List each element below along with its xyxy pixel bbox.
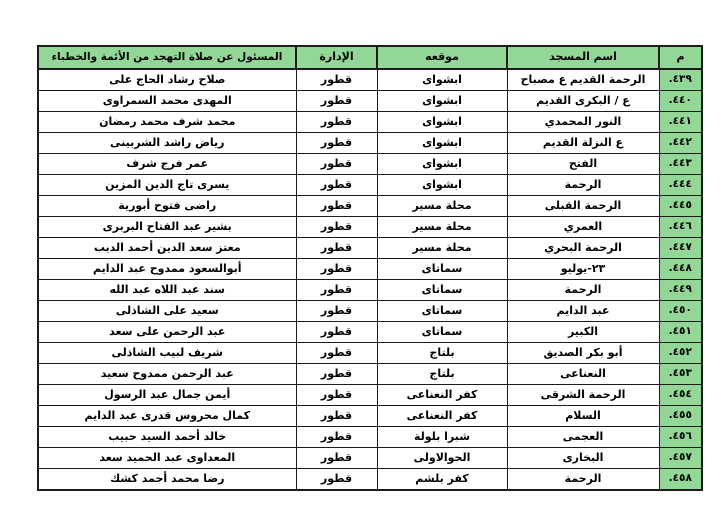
administration-cell: قطور	[296, 280, 377, 301]
mosque-name-cell: الرحمة	[507, 280, 659, 301]
table-row: ٤٤٩.الرحمةسماتاىقطورسند عبد اللاه عبد ال…	[38, 280, 702, 301]
row-number-cell: ٤٤٩.	[659, 280, 702, 301]
location-cell: بلتاج	[377, 343, 507, 364]
table-row: ٤٥٧.البخارىالحوالاولىقطورالمعداوى عبد ال…	[38, 448, 702, 469]
administration-cell: قطور	[296, 448, 377, 469]
mosque-name-cell: الكبير	[507, 322, 659, 343]
location-cell: سماتاى	[377, 280, 507, 301]
table-row: ٤٥٣.النعناعىبلتاجقطورعبد الرحمن ممدوح سع…	[38, 364, 702, 385]
location-cell: محلة مسير	[377, 217, 507, 238]
responsible-imam-cell: عمر فرج شرف	[38, 154, 296, 175]
administration-cell: قطور	[296, 112, 377, 133]
responsible-imam-cell: بشير عبد الفتاح البربرى	[38, 217, 296, 238]
mosque-name-cell: الرحمة القديم ع مصباح	[507, 69, 659, 91]
mosque-name-cell: الرحمة	[507, 175, 659, 196]
location-cell: كفر بلشم	[377, 469, 507, 491]
row-number-cell: ٤٤٢.	[659, 133, 702, 154]
location-cell: محلة مسير	[377, 196, 507, 217]
table-body: ٤٣٩.الرحمة القديم ع مصباحابشواىقطورصلاح …	[38, 69, 702, 490]
mosque-name-cell: ع النزلة القديم	[507, 133, 659, 154]
responsible-imam-cell: أبوالسعود ممدوح عبد الدايم	[38, 259, 296, 280]
responsible-imam-cell: رياض راشد الشربينى	[38, 133, 296, 154]
header-location: موقعه	[377, 46, 507, 69]
responsible-imam-cell: عبد الرحمن على سعد	[38, 322, 296, 343]
responsible-imam-cell: خالد أحمد السيد حبيب	[38, 427, 296, 448]
location-cell: سماتاى	[377, 301, 507, 322]
header-number: م	[659, 46, 702, 69]
mosque-name-cell: ع / البكرى القديم	[507, 91, 659, 112]
mosque-name-cell: العجمى	[507, 427, 659, 448]
row-number-cell: ٤٤٧.	[659, 238, 702, 259]
table-row: ٤٥٨.الرحمةكفر بلشمقطوررضا محمد أحمد كشك	[38, 469, 702, 491]
header-responsible-imam: المسئول عن صلاة التهجد من الأئمة والخطبا…	[38, 46, 296, 69]
table-row: ٤٥١.الكبيرسماتاىقطورعبد الرحمن على سعد	[38, 322, 702, 343]
row-number-cell: ٤٥١.	[659, 322, 702, 343]
administration-cell: قطور	[296, 385, 377, 406]
row-number-cell: ٤٤٤.	[659, 175, 702, 196]
administration-cell: قطور	[296, 133, 377, 154]
responsible-imam-cell: يسرى تاج الدين المزين	[38, 175, 296, 196]
row-number-cell: ٤٤١.	[659, 112, 702, 133]
table-row: ٤٤٤.الرحمةابشواىقطوريسرى تاج الدين المزي…	[38, 175, 702, 196]
administration-cell: قطور	[296, 217, 377, 238]
row-number-cell: ٤٤٨.	[659, 259, 702, 280]
table-row: ٤٥٥.السلامكفر النعناعىقطوركمال محروس قدر…	[38, 406, 702, 427]
responsible-imam-cell: معتز سعد الدين أحمد الديب	[38, 238, 296, 259]
administration-cell: قطور	[296, 406, 377, 427]
location-cell: كفر النعناعى	[377, 385, 507, 406]
row-number-cell: ٤٤٠.	[659, 91, 702, 112]
header-mosque-name: اسم المسجد	[507, 46, 659, 69]
row-number-cell: ٤٣٩.	[659, 69, 702, 91]
table-header-row: م اسم المسجد موقعه الإدارة المسئول عن صل…	[38, 46, 702, 69]
table-row: ٤٥٦.العجمىشبرا بلولةقطورخالد أحمد السيد …	[38, 427, 702, 448]
responsible-imam-cell: عبد الرحمن ممدوح سعيد	[38, 364, 296, 385]
responsible-imam-cell: سند عبد اللاه عبد الله	[38, 280, 296, 301]
administration-cell: قطور	[296, 469, 377, 491]
responsible-imam-cell: راضى فتوح أبورية	[38, 196, 296, 217]
table-row: ٤٤٥.الرحمة القبلىمحلة مسيرقطورراضى فتوح …	[38, 196, 702, 217]
administration-cell: قطور	[296, 238, 377, 259]
mosque-name-cell: البخارى	[507, 448, 659, 469]
mosque-name-cell: السلام	[507, 406, 659, 427]
mosque-name-cell: الرحمة البحري	[507, 238, 659, 259]
responsible-imam-cell: صلاح رشاد الحاج على	[38, 69, 296, 91]
location-cell: سماتاى	[377, 322, 507, 343]
table-row: ٤٥٤.الرحمة الشرقىكفر النعناعىقطورأيمن جم…	[38, 385, 702, 406]
table-row: ٤٤٢.ع النزلة القديمابشواىقطوررياض راشد ا…	[38, 133, 702, 154]
row-number-cell: ٤٤٦.	[659, 217, 702, 238]
responsible-imam-cell: محمد شرف محمد رمضان	[38, 112, 296, 133]
administration-cell: قطور	[296, 322, 377, 343]
table-row: ٤٤٠.ع / البكرى القديمابشواىقطورالمهدى مح…	[38, 91, 702, 112]
responsible-imam-cell: سعيد على الشاذلى	[38, 301, 296, 322]
responsible-imam-cell: المعداوى عبد الحميد سعد	[38, 448, 296, 469]
location-cell: ابشواى	[377, 69, 507, 91]
administration-cell: قطور	[296, 259, 377, 280]
location-cell: ابشواى	[377, 91, 507, 112]
row-number-cell: ٤٥٤.	[659, 385, 702, 406]
location-cell: ابشواى	[377, 175, 507, 196]
row-number-cell: ٤٥٠.	[659, 301, 702, 322]
row-number-cell: ٤٥٢.	[659, 343, 702, 364]
mosque-name-cell: أبو بكر الصديق	[507, 343, 659, 364]
table-row: ٤٥٠.عبد الدايمسماتاىقطورسعيد على الشاذلى	[38, 301, 702, 322]
responsible-imam-cell: المهدى محمد السمراوى	[38, 91, 296, 112]
row-number-cell: ٤٤٣.	[659, 154, 702, 175]
mosque-name-cell: النور المحمدي	[507, 112, 659, 133]
administration-cell: قطور	[296, 154, 377, 175]
document-page: م اسم المسجد موقعه الإدارة المسئول عن صل…	[0, 0, 720, 509]
administration-cell: قطور	[296, 364, 377, 385]
location-cell: ابشواى	[377, 154, 507, 175]
row-number-cell: ٤٥٦.	[659, 427, 702, 448]
table-row: ٤٤١.النور المحمديابشواىقطورمحمد شرف محمد…	[38, 112, 702, 133]
row-number-cell: ٤٥٥.	[659, 406, 702, 427]
row-number-cell: ٤٥٧.	[659, 448, 702, 469]
responsible-imam-cell: أيمن جمال عبد الرسول	[38, 385, 296, 406]
responsible-imam-cell: شريف لبيب الشاذلى	[38, 343, 296, 364]
mosque-name-cell: عبد الدايم	[507, 301, 659, 322]
table-row: ٤٤٨.٢٣-يوليوسماتاىقطورأبوالسعود ممدوح عب…	[38, 259, 702, 280]
mosque-name-cell: العمري	[507, 217, 659, 238]
administration-cell: قطور	[296, 427, 377, 448]
mosque-name-cell: الفتح	[507, 154, 659, 175]
responsible-imam-cell: كمال محروس قدرى عبد الدايم	[38, 406, 296, 427]
row-number-cell: ٤٥٨.	[659, 469, 702, 491]
header-administration: الإدارة	[296, 46, 377, 69]
mosque-name-cell: ٢٣-يوليو	[507, 259, 659, 280]
mosque-name-cell: الرحمة القبلى	[507, 196, 659, 217]
tahajjud-imams-table: م اسم المسجد موقعه الإدارة المسئول عن صل…	[37, 45, 703, 491]
location-cell: كفر النعناعى	[377, 406, 507, 427]
administration-cell: قطور	[296, 196, 377, 217]
location-cell: الحوالاولى	[377, 448, 507, 469]
location-cell: بلتاج	[377, 364, 507, 385]
table-row: ٤٤٣.الفتحابشواىقطورعمر فرج شرف	[38, 154, 702, 175]
administration-cell: قطور	[296, 175, 377, 196]
row-number-cell: ٤٥٣.	[659, 364, 702, 385]
location-cell: شبرا بلولة	[377, 427, 507, 448]
table-row: ٤٥٢.أبو بكر الصديقبلتاجقطورشريف لبيب الش…	[38, 343, 702, 364]
responsible-imam-cell: رضا محمد أحمد كشك	[38, 469, 296, 491]
table-row: ٤٣٩.الرحمة القديم ع مصباحابشواىقطورصلاح …	[38, 69, 702, 91]
administration-cell: قطور	[296, 301, 377, 322]
location-cell: ابشواى	[377, 133, 507, 154]
mosque-name-cell: الرحمة	[507, 469, 659, 491]
table-row: ٤٤٧.الرحمة البحريمحلة مسيرقطورمعتز سعد ا…	[38, 238, 702, 259]
table-row: ٤٤٦.العمريمحلة مسيرقطوربشير عبد الفتاح ا…	[38, 217, 702, 238]
row-number-cell: ٤٤٥.	[659, 196, 702, 217]
location-cell: ابشواى	[377, 112, 507, 133]
mosque-name-cell: الرحمة الشرقى	[507, 385, 659, 406]
administration-cell: قطور	[296, 91, 377, 112]
location-cell: محلة مسير	[377, 238, 507, 259]
location-cell: سماتاى	[377, 259, 507, 280]
mosque-name-cell: النعناعى	[507, 364, 659, 385]
administration-cell: قطور	[296, 343, 377, 364]
administration-cell: قطور	[296, 69, 377, 91]
